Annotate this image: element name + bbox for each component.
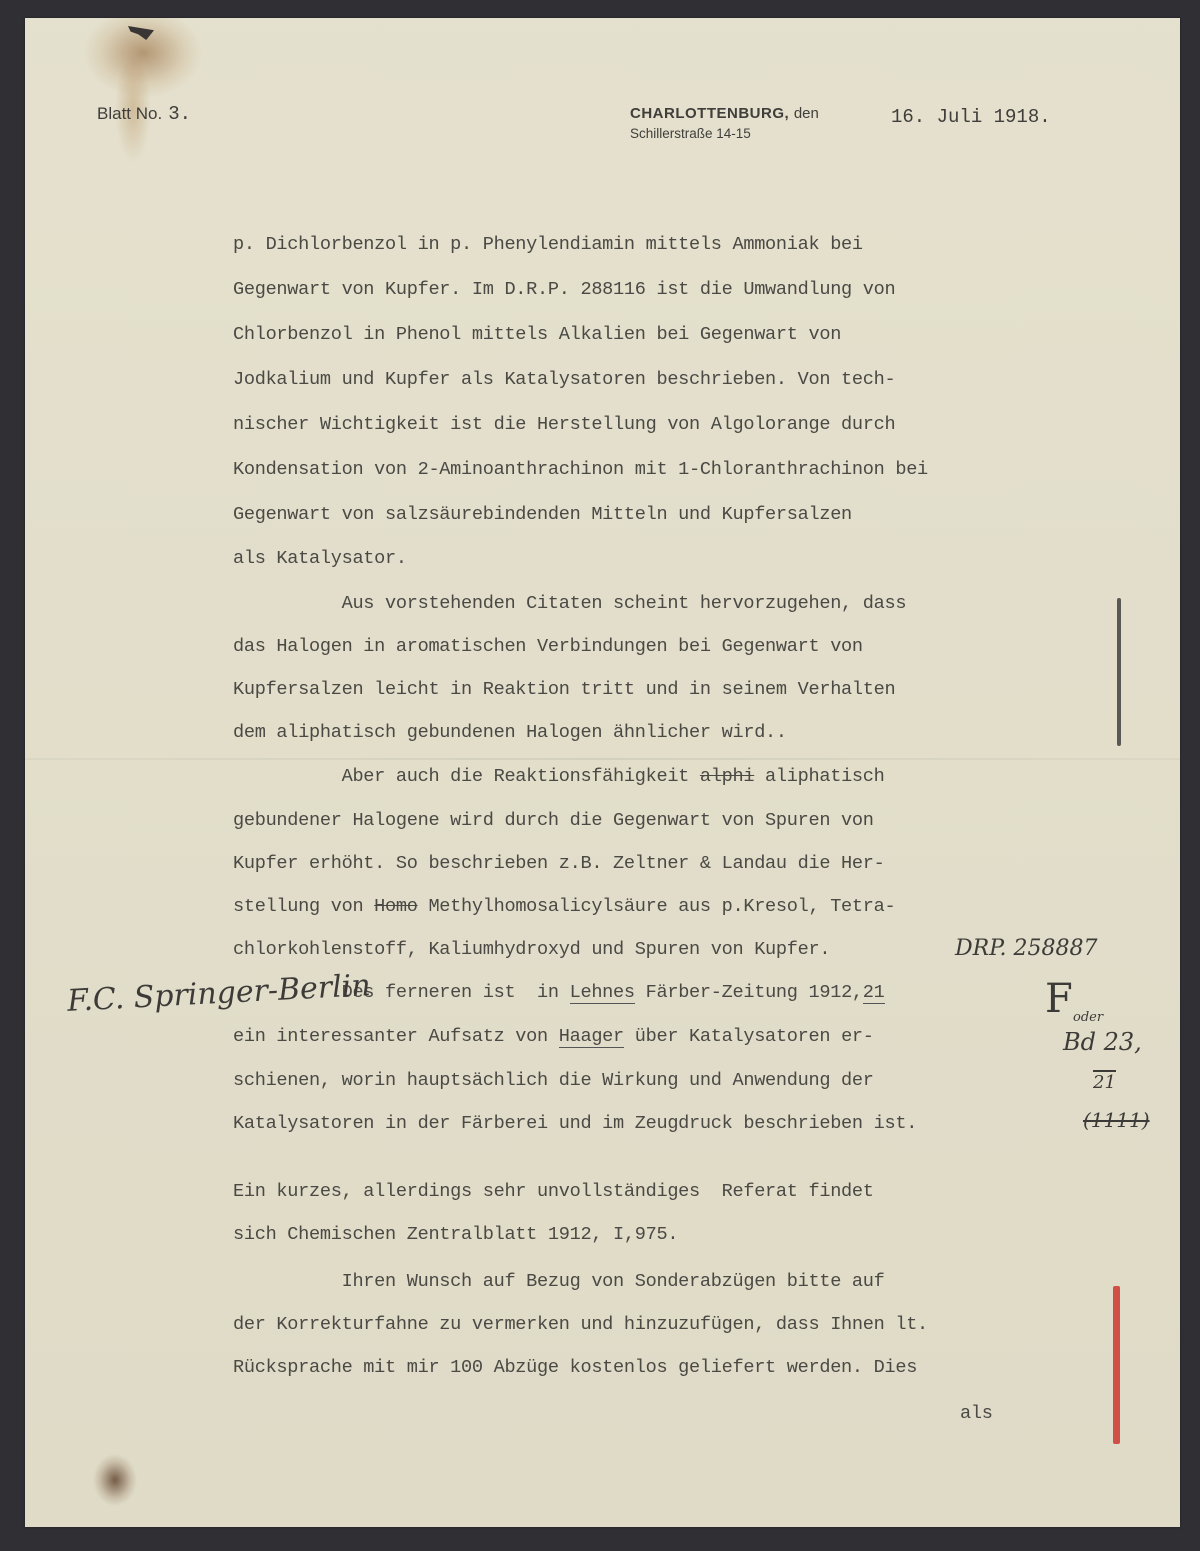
body-line-20: schienen, worin hauptsächlich die Wirkun… <box>233 1070 874 1091</box>
handwritten-volume: Bd 23, <box>1063 1028 1142 1056</box>
line-19-text: ein interessanter Aufsatz von <box>233 1026 559 1047</box>
line-18-rest: Färber-Zeitung 1912, <box>635 982 863 1003</box>
body-line-27: als <box>960 1403 993 1424</box>
body-line-1: p. Dichlorbenzol in p. Phenylendiamin mi… <box>233 234 863 255</box>
sheet-number: 3. <box>168 103 191 125</box>
body-line-15: Kupfer erhöht. So beschrieben z.B. Zeltn… <box>233 853 885 874</box>
underlined-author: Haager <box>559 1026 624 1048</box>
paper-fold-crease <box>25 758 1180 760</box>
body-line-6: Kondensation von 2-Aminoanthrachinon mit… <box>233 459 928 480</box>
city-suffix: den <box>794 105 819 122</box>
struck-word: alphi <box>700 766 754 787</box>
body-line-3: Chlorbenzol in Phenol mittels Alkalien b… <box>233 324 841 345</box>
body-line-19: ein interessanter Aufsatz von Haager übe… <box>233 1026 874 1047</box>
underlined-journal: Lehnes <box>570 982 635 1004</box>
sheet-label: Blatt No. <box>97 104 162 123</box>
handwritten-drp-note: DRP. 258887 <box>955 936 1098 961</box>
line-16-text: stellung von <box>233 896 374 917</box>
body-line-12: dem aliphatisch gebundenen Halogen ähnli… <box>233 722 787 743</box>
body-line-10: das Halogen in aromatischen Verbindungen… <box>233 636 863 657</box>
body-line-8: als Katalysator. <box>233 548 407 569</box>
city-name: CHARLOTTENBURG, <box>630 105 789 122</box>
body-line-13: Aber auch die Reaktionsfähigkeit alphi a… <box>233 766 885 787</box>
body-line-14: gebundener Halogene wird durch die Gegen… <box>233 810 874 831</box>
line-19-rest: über Katalysatoren er- <box>624 1026 874 1047</box>
line-13-rest: aliphatisch <box>754 766 884 787</box>
letterhead-street: Schillerstraße 14-15 <box>630 124 819 144</box>
rust-hole <box>128 26 154 40</box>
handwritten-f-mark: F <box>1045 976 1073 1022</box>
body-line-23: sich Chemischen Zentralblatt 1912, I,975… <box>233 1224 678 1245</box>
body-line-24: Ihren Wunsch auf Bezug von Sonderabzügen… <box>233 1271 885 1292</box>
letter-date: 16. Juli 1918. <box>891 106 1051 128</box>
sheet-number-label: Blatt No.3. <box>97 103 191 125</box>
handwritten-struck-note: (1111) <box>1083 1108 1150 1132</box>
handwritten-issue: 21 <box>1093 1070 1116 1093</box>
letter-page: Blatt No.3. CHARLOTTENBURG, den Schiller… <box>25 18 1180 1527</box>
body-line-26: Rücksprache mit mir 100 Abzüge kostenlos… <box>233 1357 917 1378</box>
handwritten-oder: oder <box>1073 1010 1103 1025</box>
body-line-21: Katalysatoren in der Färberei und im Zeu… <box>233 1113 917 1134</box>
body-line-9: Aus vorstehenden Citaten scheint hervorz… <box>233 593 906 614</box>
pencil-margin-line <box>1117 598 1121 746</box>
body-line-22: Ein kurzes, allerdings sehr unvollständi… <box>233 1181 874 1202</box>
body-line-4: Jodkalium und Kupfer als Katalysatoren b… <box>233 369 895 390</box>
body-line-7: Gegenwart von salzsäurebindenden Mitteln… <box>233 504 852 525</box>
line-16-rest: Methylhomosalicylsäure aus p.Kresol, Tet… <box>418 896 896 917</box>
body-line-5: nischer Wichtigkeit ist die Herstellung … <box>233 414 895 435</box>
letterhead-address: CHARLOTTENBURG, den Schillerstraße 14-15 <box>630 104 819 144</box>
line-13-text: Aber auch die Reaktionsfähigkeit <box>233 766 700 787</box>
handwritten-publisher-note: F.C. Springer-Berlin <box>66 968 371 1019</box>
body-line-16: stellung von Homo Methylhomosalicylsäure… <box>233 896 895 917</box>
struck-word: Homo <box>374 896 417 917</box>
body-line-11: Kupfersalzen leicht in Reaktion tritt un… <box>233 679 895 700</box>
letterhead-city: CHARLOTTENBURG, den <box>630 104 819 124</box>
red-crayon-margin-line <box>1113 1286 1120 1444</box>
body-line-25: der Korrekturfahne zu vermerken und hinz… <box>233 1314 928 1335</box>
underlined-number: 21 <box>863 982 885 1004</box>
body-line-2: Gegenwart von Kupfer. Im D.R.P. 288116 i… <box>233 279 895 300</box>
body-line-17: chlorkohlenstoff, Kaliumhydroxyd und Spu… <box>233 939 830 960</box>
